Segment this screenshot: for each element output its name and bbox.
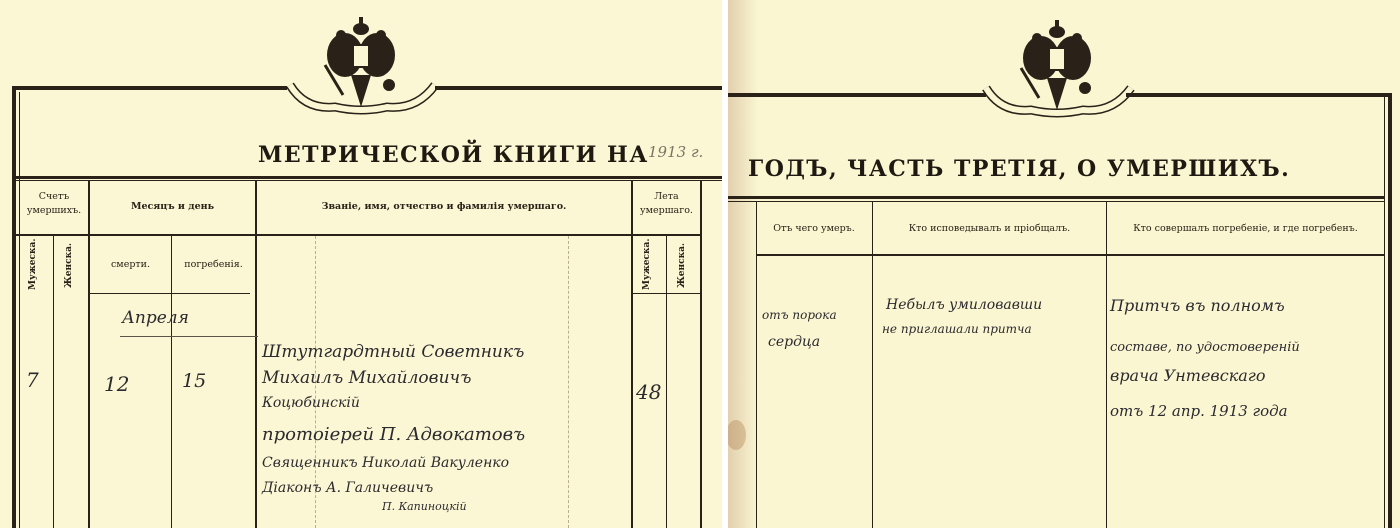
header-count-male: Мужеска.: [28, 240, 38, 290]
header-burial-by: Кто совершалъ погребеніе, и где погребен…: [1107, 222, 1384, 236]
header-name: Званіе, имя, отчество и фамилія умершаго…: [257, 200, 631, 214]
header-confessor: Кто исповедывалъ и пріобщалъ.: [873, 222, 1106, 236]
frame-top-line: [12, 86, 287, 90]
header-age-female: Женска.: [677, 240, 687, 290]
page-title-left: МЕТРИЧЕСКОЙ КНИГИ НА: [258, 142, 649, 168]
header-age: Лета умершаго.: [633, 190, 700, 218]
entry-confessor-line: Небылъ умиловавши: [886, 297, 1042, 313]
year-handwritten: 1913 г.: [648, 143, 703, 161]
header-age-male: Мужеска.: [642, 240, 652, 290]
entry-number-male: 7: [26, 368, 39, 392]
entry-cause-line: сердца: [768, 334, 820, 350]
entry-burial-line: отъ 12 апр. 1913 года: [1110, 402, 1288, 420]
right-page: ГОДЪ, ЧАСТЬ ТРЕТІЯ, О УМЕРШИХЪ. Отъ чего…: [728, 0, 1400, 528]
frame-right-line: [1388, 93, 1392, 528]
header-burial: погребенія.: [172, 258, 255, 272]
header-count-deceased: Счетъ умершихъ.: [20, 190, 88, 218]
double-headed-eagle-icon: [285, 15, 440, 115]
entry-burial-line: Притчъ въ полномъ: [1110, 296, 1285, 315]
entry-age-male: 48: [636, 380, 661, 404]
entry-confessor-line: не приглашали притча: [882, 322, 1032, 336]
entry-burial-line: врача Унтевскаго: [1110, 366, 1266, 385]
header-cause: Отъ чего умеръ.: [756, 222, 872, 236]
entry-death-day: 12: [104, 372, 129, 396]
header-death: смерти.: [90, 258, 171, 272]
double-headed-eagle-icon: [981, 18, 1136, 118]
entry-cause-line: отъ порока: [762, 308, 837, 322]
entry-burial-line: составе, по удостовереній: [1110, 340, 1300, 355]
entry-burial-day: 15: [182, 370, 206, 392]
page-title-right: ГОДЪ, ЧАСТЬ ТРЕТІЯ, О УМЕРШИХЪ.: [748, 156, 1290, 182]
entry-month: Апреля: [122, 308, 189, 328]
frame-left-line: [12, 86, 16, 528]
header-month-day: Месяцъ и день: [90, 200, 255, 214]
header-count-female: Женска.: [64, 240, 74, 290]
left-page: МЕТРИЧЕСКОЙ КНИГИ НА 1913 г. Счетъ умерш…: [0, 0, 722, 528]
